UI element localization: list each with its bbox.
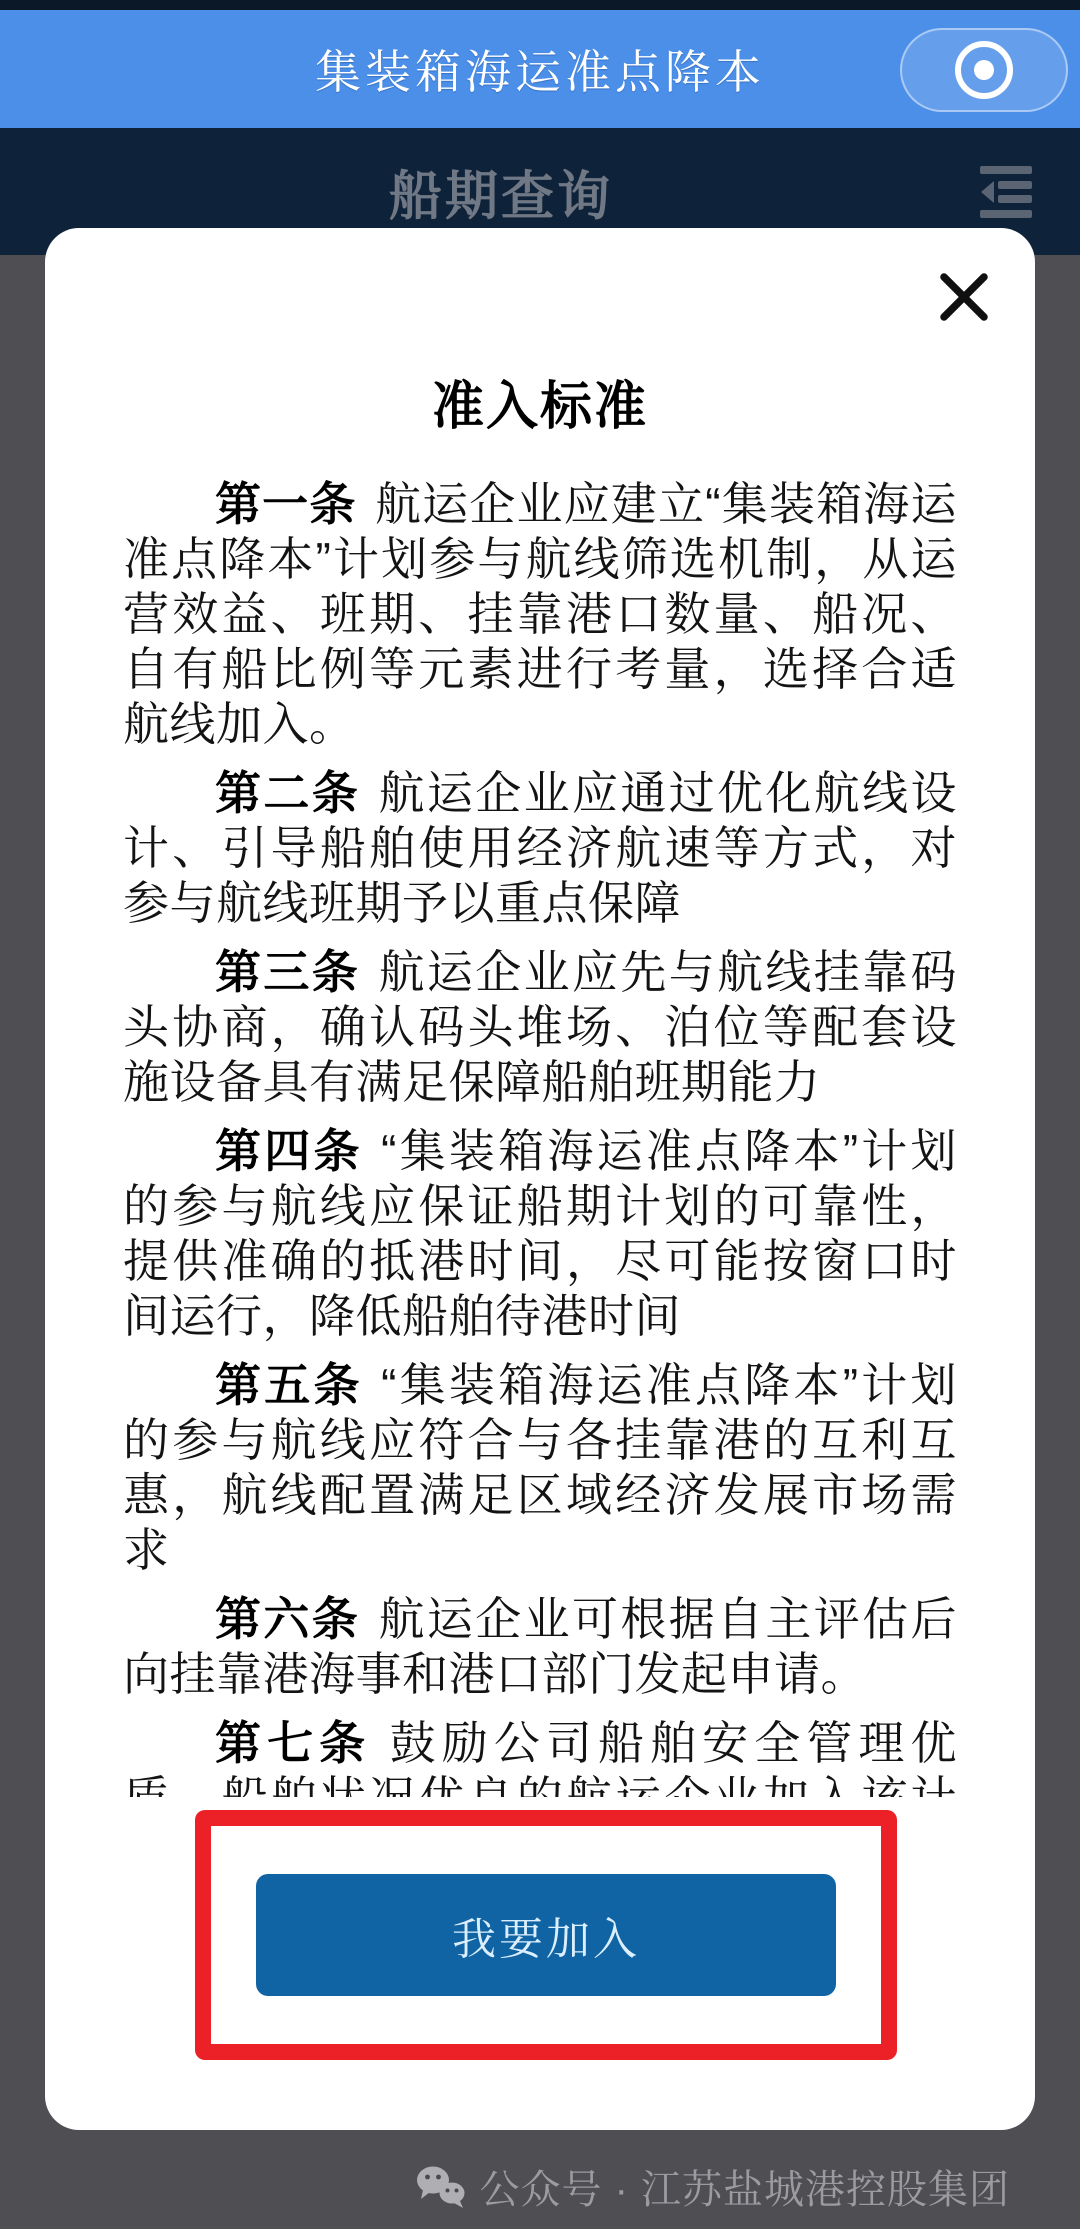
admission-standards-modal: 准入标准 第一条航运企业应建立“集装箱海运准点降本”计划参与航线筛选机制，从运营… [45, 228, 1035, 2130]
clause-6: 第六条航运企业可根据自主评估后向挂靠港海事和港口部门发起申请。 [123, 1592, 957, 1702]
page-title: 船期查询 [389, 154, 613, 230]
clause-2: 第二条航运企业应通过优化航线设计、引导船舶使用经济航速等方式，对参与航线班期予以… [123, 766, 957, 931]
status-bar [0, 0, 1080, 10]
target-circle-icon [955, 41, 1013, 99]
clause-list: 第一条航运企业应建立“集装箱海运准点降本”计划参与航线筛选机制，从运营效益、班期… [123, 477, 957, 1797]
collapse-list-icon[interactable] [978, 164, 1034, 220]
watermark-text: 公众号 · 江苏盐城港控股集团 [479, 2158, 1010, 2215]
clause-3: 第三条航运企业应先与航线挂靠码头协商，确认码头堆场、泊位等配套设施设备具有满足保… [123, 945, 957, 1110]
clause-7: 第七条鼓励公司船舶安全管理优质、船舶状况优良的航运企业加入该计划。 [123, 1716, 957, 1797]
miniprogram-capsule-button[interactable] [900, 28, 1068, 112]
red-highlight-box: 我要加入 [195, 1810, 897, 2060]
mini-program-screen: 集装箱海运准点降本 船期查询 准入标准 [0, 0, 1080, 2229]
close-icon[interactable] [935, 268, 993, 326]
app-header: 集装箱海运准点降本 [0, 10, 1080, 128]
clause-4: 第四条“集装箱海运准点降本”计划的参与航线应保证船期计划的可靠性，提供准确的抵港… [123, 1124, 957, 1344]
clause-5: 第五条“集装箱海运准点降本”计划的参与航线应符合与各挂靠港的互利互惠，航线配置满… [123, 1358, 957, 1578]
join-button[interactable]: 我要加入 [256, 1874, 836, 1996]
clause-1: 第一条航运企业应建立“集装箱海运准点降本”计划参与航线筛选机制，从运营效益、班期… [123, 477, 957, 752]
watermark: 公众号 · 江苏盐城港控股集团 [415, 2158, 1010, 2215]
modal-title: 准入标准 [123, 364, 957, 439]
wechat-logo-icon [415, 2165, 467, 2209]
